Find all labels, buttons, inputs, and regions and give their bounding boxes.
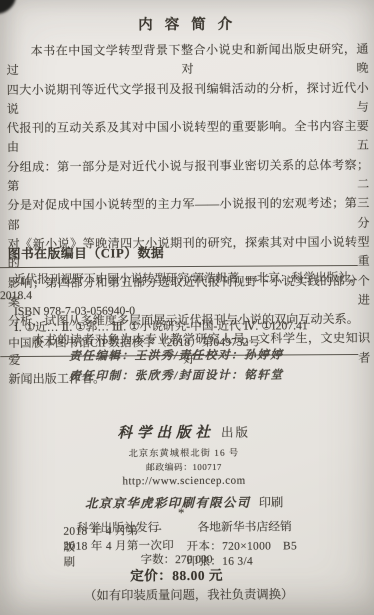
intro-line: 分组成：第一部分是对近代小说与报刊事业密切关系的总体考察；第二 (7, 156, 369, 197)
publisher-line: 科学出版社 出版 (1, 420, 367, 443)
staff-credits: 责任编辑：王洪秀/责任校对：孙婷婷 责任印制：张欣秀/封面设计：铭轩堂 (0, 345, 352, 387)
cip-heading: 图书在版编目（CIP）数据 (8, 241, 368, 262)
publisher-website: http://www.sciencep.com (1, 474, 367, 488)
cip-rule-top (0, 265, 358, 268)
quality-note: （如有印装质量问题，我社负责调换） (2, 584, 374, 604)
intro-line: 本书在中国文学转型背景下整合小说史和新闻出版史研究，通过对晚 (6, 40, 368, 81)
intro-line: 四大小说期刊等近代文学报刊及报刊编辑活动的分析，探讨近代小说与 (7, 78, 369, 119)
price: 定价：88.00 元 (2, 563, 352, 585)
intro-line: 分是对促成中国小说转型的主力军——小说报刊的宏观考述；第三部分 (7, 194, 369, 235)
publisher-suffix: 出版 (221, 426, 250, 440)
page-content: 内容简介 本书在中国文学转型背景下整合小说史和新闻出版史研究，通过对晚 四大小说… (0, 0, 374, 615)
book-copyright-page: 内容简介 本书在中国文学转型背景下整合小说史和新闻出版史研究，通过对晚 四大小说… (0, 0, 374, 615)
publisher-address: 北京东黄城根北街 16 号 (1, 444, 367, 460)
colophon-divider: * (1, 504, 361, 522)
intro-line: 代报刊的互动关系及其对中国小说转型的重要影响。全书内容主要由五 (7, 117, 369, 158)
credit-editor-proofreader: 责任编辑：王洪秀/责任校对：孙婷婷 (0, 345, 352, 367)
publisher-postcode: 邮政编码：100717 (1, 459, 367, 474)
publisher-name-calligraphy: 科学出版社 (117, 425, 215, 442)
section-title: 内容简介 (0, 12, 372, 35)
cip-title-author: 近代报刊视野下中国小说转型研究/郭浩帆著. —北京：科学出版社， (8, 270, 368, 288)
cip-data-block: 图书在版编目（CIP）数据 近代报刊视野下中国小说转型研究/郭浩帆著. —北京：… (8, 241, 369, 357)
credit-printing-coverdesign: 责任印制：张欣秀/封面设计：铭轩堂 (0, 365, 352, 387)
